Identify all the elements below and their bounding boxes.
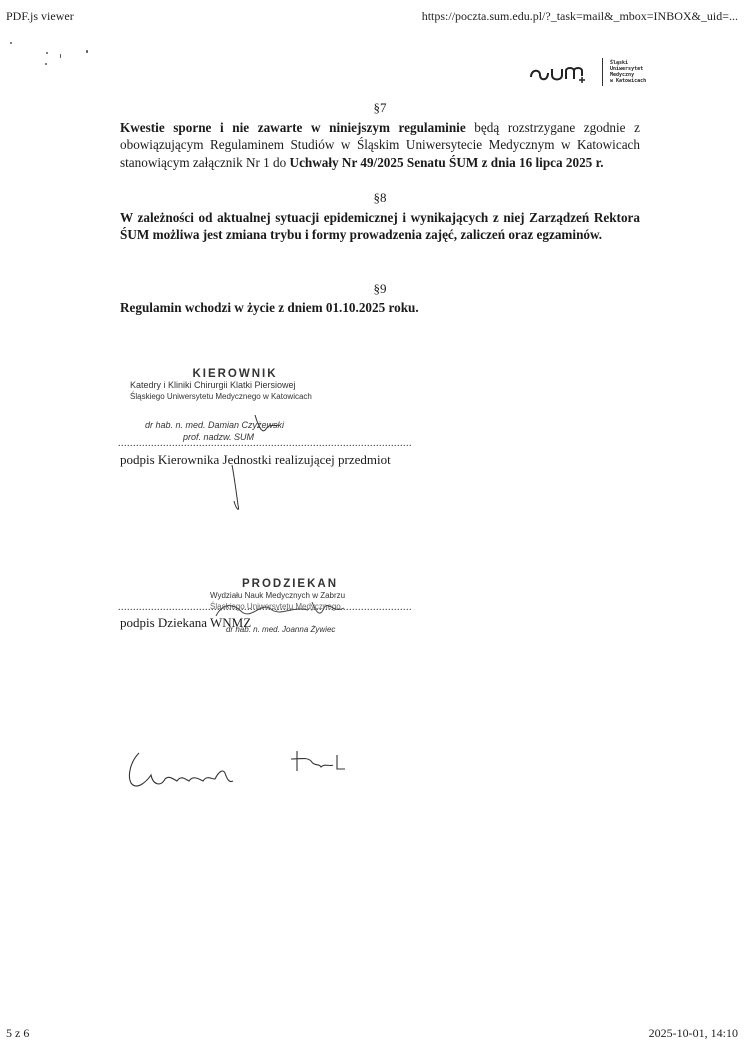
stamp-line: Katedry i Kliniki Chirurgii Klatki Piers… <box>130 380 340 391</box>
logo-separator <box>602 58 603 86</box>
print-datetime: 2025-10-01, 14:10 <box>649 1026 738 1041</box>
text-run: Kwestie sporne i nie zawarte w niniejszy… <box>120 120 466 135</box>
handwritten-signature-head <box>220 405 300 515</box>
section-8-text: W zależności od aktualnej sytuacji epide… <box>120 209 640 244</box>
scan-specks <box>10 40 110 70</box>
handwritten-signature-dean <box>212 590 362 630</box>
text-run: W zależności od aktualnej sytuacji epide… <box>120 210 640 242</box>
text-run: Regulamin wchodzi w życie z dniem 01.10.… <box>120 300 419 315</box>
section-sign-8: §8 <box>120 190 640 206</box>
text-run: Uchwały Nr 49/2025 Senatu ŚUM z dnia 16 … <box>290 155 604 170</box>
logo-text: Śląski Uniwersytet Medyczny w Katowicach <box>610 60 646 84</box>
stamp-line: Śląskiego Uniwersytetu Medycznego w Kato… <box>130 391 340 402</box>
stamp-head: KIEROWNIK Katedry i Kliniki Chirurgii Kl… <box>130 368 340 402</box>
section-9-text: Regulamin wchodzi w życie z dniem 01.10.… <box>120 299 640 316</box>
section-sign-7: §7 <box>120 100 640 116</box>
page-counter: 5 z 6 <box>6 1026 29 1041</box>
section-7-text: Kwestie sporne i nie zawarte w niniejszy… <box>120 119 640 171</box>
print-header-url: https://poczta.sum.edu.pl/?_task=mail&_m… <box>422 9 738 24</box>
stamp-title: KIEROWNIK <box>130 368 340 380</box>
stamp-title: PRODZIEKAN <box>210 578 370 590</box>
logo-line: w Katowicach <box>610 78 646 84</box>
print-header-title: PDF.js viewer <box>6 9 74 24</box>
section-sign-9: §9 <box>120 281 640 297</box>
handwritten-signature-1 <box>125 745 385 795</box>
sum-logo: Śląski Uniwersytet Medyczny w Katowicach <box>528 58 646 86</box>
sum-logo-icon <box>528 61 598 83</box>
